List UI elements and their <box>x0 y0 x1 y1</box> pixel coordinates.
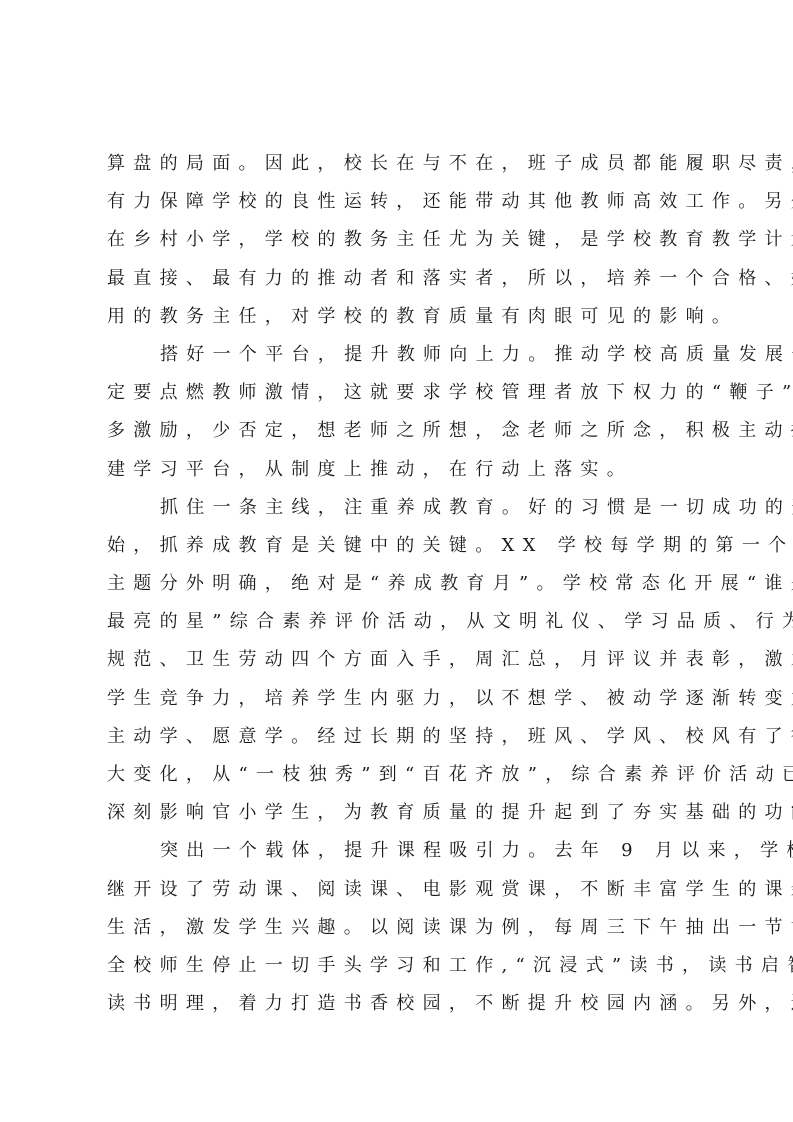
text-line: 始，抓养成教育是关键中的关键。XX 学校每学期的第一个月， <box>107 527 697 565</box>
text-line: 学生竞争力，培养学生内驱力，以不想学、被动学逐渐转变为 <box>107 680 697 718</box>
text-line: 算盘的局面。因此，校长在与不在，班子成员都能履职尽责， <box>107 145 697 183</box>
text-line: 全校师生停止一切手头学习和工作,“沉浸式”读书，读书启智， <box>107 947 697 985</box>
text-line: 规范、卫生劳动四个方面入手，周汇总，月评议并表彰，激发 <box>107 641 697 679</box>
text-line: 最直接、最有力的推动者和落实者，所以，培养一个合格、好 <box>107 260 697 298</box>
text-line: 主题分外明确，绝对是“养成教育月”。学校常态化开展“谁是 <box>107 565 697 603</box>
text-line: 最亮的星”综合素养评价活动，从文明礼仪、学习品质、行为 <box>107 603 697 641</box>
text-line: 在乡村小学，学校的教务主任尤为关键，是学校教育教学计划 <box>107 221 697 259</box>
text-line: 多激励，少否定，想老师之所想，念老师之所念，积极主动搭 <box>107 412 697 450</box>
text-line: 定要点燃教师激情，这就要求学校管理者放下权力的“鞭子”， <box>107 374 697 412</box>
text-line: 继开设了劳动课、阅读课、电影观赏课，不断丰富学生的课余 <box>107 871 697 909</box>
text-line: 有力保障学校的良性运转，还能带动其他教师高效工作。另外， <box>107 183 697 221</box>
text-line: 建学习平台，从制度上推动，在行动上落实。 <box>107 451 697 489</box>
text-line: 读书明理，着力打造书香校园，不断提升校园内涵。另外，这 <box>107 985 697 1023</box>
document-page: 算盘的局面。因此，校长在与不在，班子成员都能履职尽责， 有力保障学校的良性运转，… <box>0 0 793 1122</box>
paragraph-course-carrier: 突出一个载体，提升课程吸引力。去年 9 月以来，学校相 继开设了劳动课、阅读课、… <box>107 832 697 1023</box>
paragraph-leadership: 算盘的局面。因此，校长在与不在，班子成员都能履职尽责， 有力保障学校的良性运转，… <box>107 145 697 336</box>
text-line: 深刻影响官小学生，为教育质量的提升起到了夯实基础的功能。 <box>107 794 697 832</box>
text-line: 大变化，从“一枝独秀”到“百花齐放”，综合素养评价活动已 <box>107 756 697 794</box>
text-line: 搭好一个平台，提升教师向上力。推动学校高质量发展一 <box>107 336 697 374</box>
text-line: 主动学、愿意学。经过长期的坚持，班风、学风、校风有了很 <box>107 718 697 756</box>
paragraph-teacher-platform: 搭好一个平台，提升教师向上力。推动学校高质量发展一 定要点燃教师激情，这就要求学… <box>107 336 697 489</box>
text-line: 生活，激发学生兴趣。以阅读课为例，每周三下午抽出一节课， <box>107 909 697 947</box>
text-line: 突出一个载体，提升课程吸引力。去年 9 月以来，学校相 <box>107 832 697 870</box>
paragraph-habit-education: 抓住一条主线，注重养成教育。好的习惯是一切成功的开 始，抓养成教育是关键中的关键… <box>107 489 697 833</box>
text-line: 抓住一条主线，注重养成教育。好的习惯是一切成功的开 <box>107 489 697 527</box>
document-body: 算盘的局面。因此，校长在与不在，班子成员都能履职尽责， 有力保障学校的良性运转，… <box>107 145 697 1023</box>
text-line: 用的教务主任，对学校的教育质量有肉眼可见的影响。 <box>107 298 697 336</box>
